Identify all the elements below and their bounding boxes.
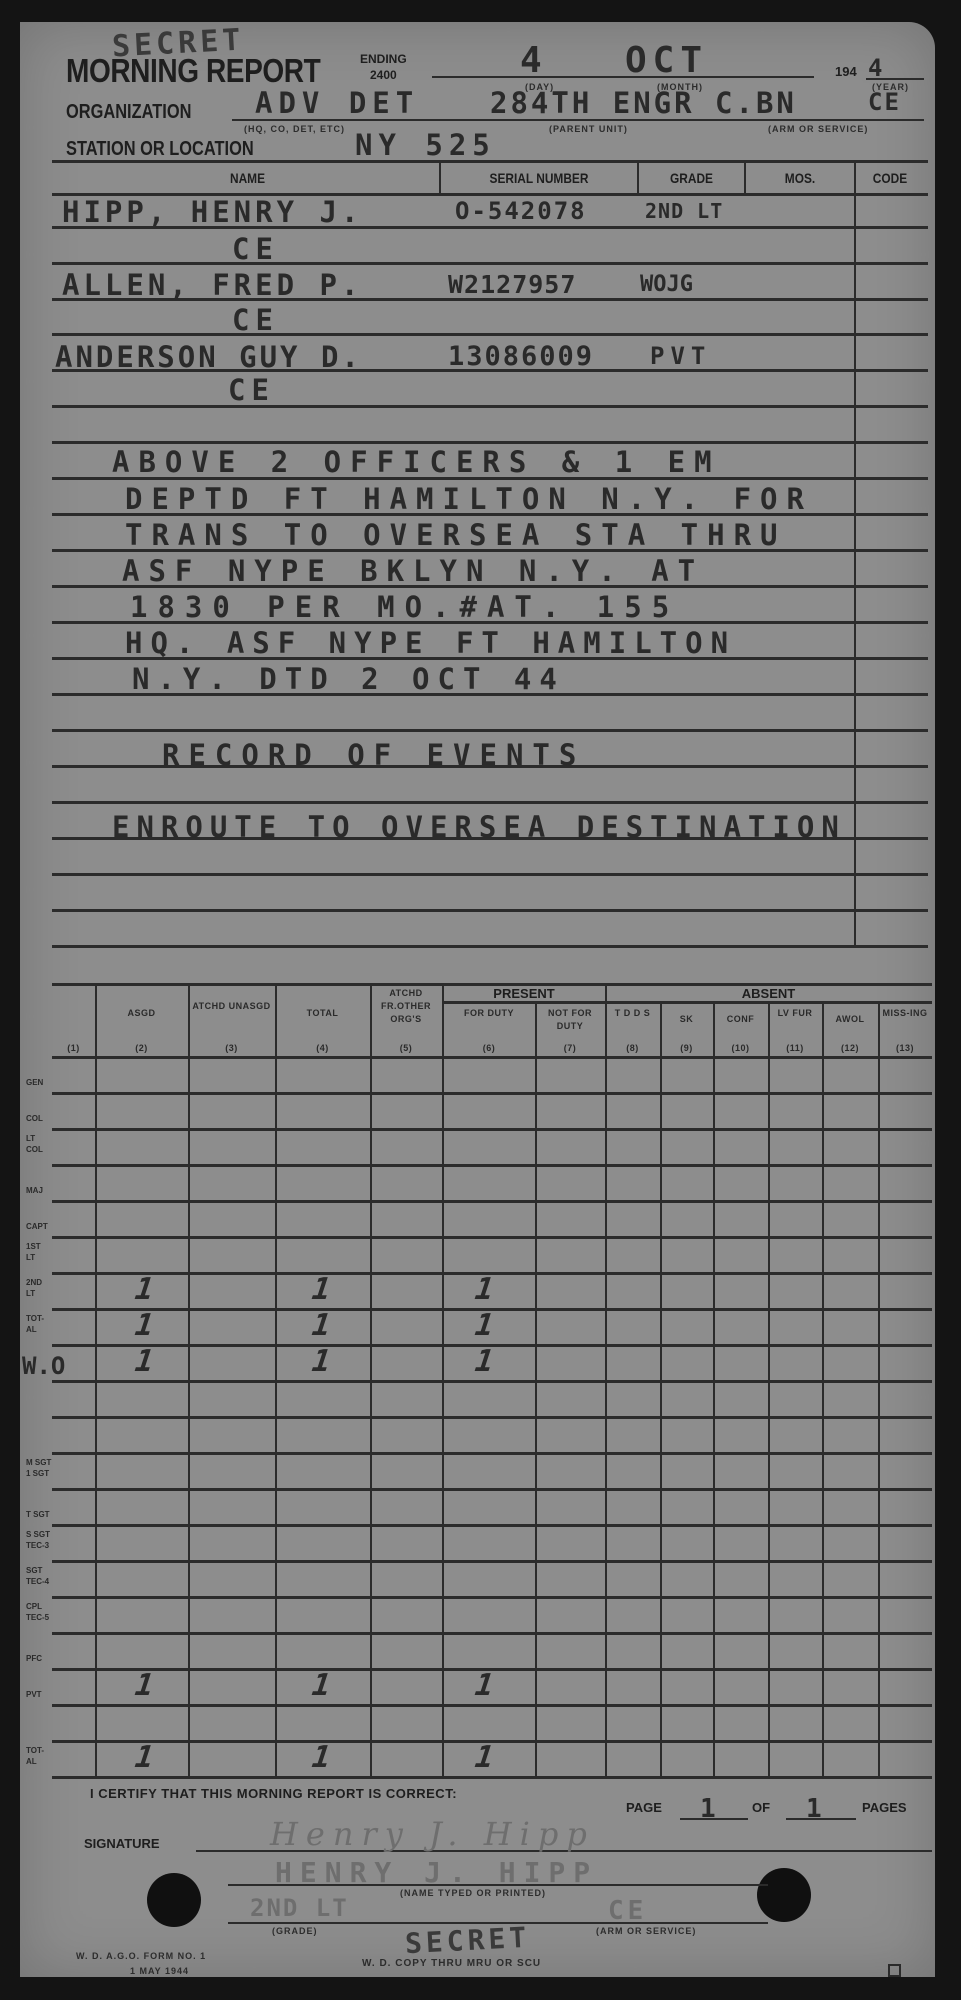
- table-col-line: [660, 1001, 662, 1776]
- col-header-awol: AWOL: [822, 1013, 878, 1026]
- row-label-capt: CAPT: [26, 1221, 66, 1232]
- arm-caption: (ARM OR SERVICE): [768, 124, 868, 134]
- roster-arm: CE: [232, 303, 279, 337]
- col-num: (6): [443, 1042, 535, 1055]
- report-month: OCT: [625, 40, 708, 81]
- remarks-line: TRANS TO OVERSEA STA THRU: [125, 518, 787, 552]
- col-num: (3): [188, 1042, 275, 1055]
- col-label: AWOL: [822, 1013, 878, 1026]
- row-label-sgt-tec4: SGT TEC-4: [26, 1565, 54, 1587]
- group-header-rule: [443, 1001, 932, 1004]
- table-header-rule: [52, 1056, 932, 1059]
- roster-grade: 2ND LT: [645, 199, 723, 223]
- page-total: 1: [806, 1794, 828, 1824]
- checkbox-corner-icon: [888, 1964, 901, 1977]
- col-label: FOR DUTY: [443, 1007, 535, 1020]
- binder-hole-left: [147, 1873, 201, 1927]
- table-row-line: [52, 1704, 932, 1707]
- col-header-for-duty: FOR DUTY: [443, 1007, 535, 1020]
- ruled-line: [52, 909, 928, 912]
- row-label-col: COL: [26, 1113, 66, 1124]
- remarks-line: N.Y. DTD 2 OCT 44: [132, 662, 565, 696]
- station-value: NY 525: [355, 128, 496, 162]
- table-row-line: [52, 1236, 932, 1239]
- unit-caption: (HQ, CO, DET, ETC): [244, 124, 345, 134]
- certification-statement: I CERTIFY THAT THIS MORNING REPORT IS CO…: [90, 1786, 457, 1801]
- col-header-conf: CONF: [713, 1013, 768, 1026]
- row-label-1st-lt: 1ST LT: [26, 1241, 48, 1263]
- col-label: ATCHD FR.OTHER ORG'S: [370, 987, 442, 1026]
- binder-hole-right: [757, 1868, 811, 1922]
- roster-serial: W2127957: [448, 270, 576, 299]
- col-header-code: CODE: [860, 170, 920, 186]
- roster-top-rule: [52, 160, 928, 163]
- of-label: OF: [752, 1800, 770, 1815]
- row-label-lt-col: LT COL: [26, 1133, 48, 1155]
- code-col-divider: [854, 160, 856, 945]
- roster-arm: CE: [232, 232, 279, 266]
- table-row-line: [52, 1092, 932, 1095]
- group-header-absent: ABSENT: [605, 986, 932, 1001]
- col-header-mos: MOS.: [753, 170, 847, 186]
- group-header-present: PRESENT: [443, 986, 605, 1001]
- col-label: T D D S: [605, 1007, 660, 1020]
- col-num: (5): [370, 1042, 442, 1055]
- row-label-total-officers: TOT-AL: [26, 1313, 52, 1335]
- col-label: NOT FOR DUTY: [535, 1007, 605, 1033]
- roster-grade: WOJG: [640, 272, 693, 297]
- remarks-line: HQ. ASF NYPE FT HAMILTON: [125, 626, 736, 660]
- roster-name: ALLEN, FRED P.: [62, 268, 362, 302]
- organization-label: ORGANIZATION: [66, 101, 191, 124]
- col-label: CONF: [713, 1013, 768, 1026]
- remarks-line: DEPTD FT HAMILTON N.Y. FOR: [125, 482, 813, 516]
- col-header-lv-fur: LV FUR: [768, 1007, 822, 1020]
- col-label: TOTAL: [275, 1007, 370, 1020]
- col-header-serial: SERIAL NUMBER: [455, 170, 623, 186]
- col-header-missing: MISS-ING: [878, 1007, 932, 1020]
- pages-label: PAGES: [862, 1800, 907, 1815]
- row-label-msgt-1sgt: M SGT 1 SGT: [26, 1457, 54, 1479]
- row-label-ssgt-tec3: S SGT TEC-3: [26, 1529, 54, 1551]
- table-col-line: [768, 1001, 770, 1776]
- ruled-line: [52, 873, 928, 876]
- row-label-gen: GEN: [26, 1077, 66, 1088]
- organization-parent: 284TH ENGR C.BN: [490, 86, 797, 120]
- table-col-line: [713, 1001, 715, 1776]
- ending-label-line1: ENDING: [360, 51, 407, 67]
- year-prefix: 194: [835, 64, 857, 79]
- col-header-atchd-unasgd: ATCHD UNASGD: [188, 1000, 275, 1013]
- signature-value: Henry J. Hipp: [270, 1815, 595, 1853]
- form-title: MORNING REPORT: [66, 52, 320, 90]
- date-underline: [432, 76, 814, 78]
- table-row-line: [52, 1452, 932, 1455]
- table-col-line: [535, 1001, 537, 1776]
- table-row-line: [52, 1200, 932, 1203]
- col-header-sk: SK: [660, 1013, 713, 1026]
- organization-unit: ADV DET: [255, 86, 419, 120]
- col-num: (11): [768, 1042, 822, 1055]
- ruled-line: [52, 801, 928, 804]
- classification-stamp-bottom: SECRET: [404, 1921, 531, 1961]
- ending-label-line2: 2400: [360, 67, 407, 83]
- remarks-line: ASF NYPE BKLYN N.Y. AT: [122, 554, 704, 588]
- remarks-line: ABOVE 2 OFFICERS & 1 EM: [112, 445, 721, 479]
- ruled-line: [52, 333, 928, 336]
- ruled-line: [52, 405, 928, 408]
- organization-arm: CE: [868, 88, 901, 116]
- col-num: (13): [878, 1042, 932, 1055]
- col-num: (2): [95, 1042, 188, 1055]
- col-num: (1): [52, 1042, 95, 1055]
- ending-label: ENDING 2400: [360, 51, 407, 83]
- col-num: (9): [660, 1042, 713, 1055]
- col-header-not-for-duty: NOT FOR DUTY: [535, 1007, 605, 1033]
- col-num: (10): [713, 1042, 768, 1055]
- signature-label: SIGNATURE: [84, 1836, 160, 1851]
- table-row-line: [52, 1164, 932, 1167]
- ruled-line: [52, 262, 928, 265]
- form-date: 1 MAY 1944: [130, 1966, 189, 1976]
- row-label-2nd-lt: 2ND LT: [26, 1277, 50, 1299]
- roster-serial: O-542078: [455, 197, 587, 225]
- col-label: ASGD: [95, 1007, 188, 1020]
- table-bottom-rule: [52, 1776, 932, 1779]
- col-num: (12): [822, 1042, 878, 1055]
- col-num: (8): [605, 1042, 660, 1055]
- record-of-events-heading: RECORD OF EVENTS: [162, 738, 585, 772]
- col-label: ATCHD UNASGD: [188, 1000, 275, 1013]
- row-label-cpl-tec5: CPL TEC-5: [26, 1601, 54, 1623]
- report-day: 4: [520, 40, 548, 81]
- copy-routing-note: W. D. COPY THRU MRU OR SCU: [362, 1958, 541, 1969]
- form-number: W. D. A.G.O. FORM NO. 1: [76, 1951, 206, 1961]
- table-row-line: [52, 1524, 932, 1527]
- printed-name-caption: (NAME TYPED OR PRINTED): [400, 1888, 546, 1898]
- remarks-line: 1830 PER MO.#AT. 155: [130, 590, 679, 624]
- row-label-total-enlisted: TOT-AL: [26, 1745, 50, 1767]
- table-col-line: [878, 1001, 880, 1776]
- row-label-wo: W.O: [22, 1352, 65, 1380]
- col-header-total: TOTAL: [275, 1007, 370, 1020]
- col-header-tdds: T D D S: [605, 1007, 660, 1020]
- ruled-line: [52, 441, 928, 444]
- roster-serial: 13086009: [448, 341, 594, 372]
- table-col-line: [822, 1001, 824, 1776]
- col-label: MISS-ING: [878, 1007, 932, 1020]
- col-header-grade: GRADE: [646, 170, 737, 186]
- table-row-line: [52, 1488, 932, 1491]
- ruled-line: [52, 729, 928, 732]
- table-row-line: [52, 1128, 932, 1131]
- page-number: 1: [700, 1794, 722, 1824]
- record-of-events-text: ENROUTE TO OVERSEA DESTINATION: [112, 810, 846, 844]
- col-divider: [744, 160, 746, 194]
- station-label: STATION OR LOCATION: [66, 138, 254, 161]
- year-underline: [866, 78, 924, 80]
- table-row-line: [52, 1416, 932, 1419]
- table-row-line: [52, 1380, 932, 1383]
- row-label-maj: MAJ: [26, 1185, 66, 1196]
- col-label: SK: [660, 1013, 713, 1026]
- table-row-line: [52, 1560, 932, 1563]
- table-row-line: [52, 1632, 932, 1635]
- printed-name-line: [228, 1884, 768, 1886]
- row-label-pvt: PVT: [26, 1689, 66, 1700]
- table-row-line: [52, 1596, 932, 1599]
- signer-grade: 2ND LT: [250, 1894, 349, 1922]
- row-label-tsgt: T SGT: [26, 1509, 66, 1520]
- col-label: LV FUR: [768, 1007, 822, 1020]
- parent-caption: (PARENT UNIT): [549, 124, 628, 134]
- roster-grade: PVT: [650, 342, 711, 370]
- col-divider: [439, 160, 441, 194]
- page-label: PAGE: [626, 1800, 662, 1815]
- col-divider: [637, 160, 639, 194]
- arm-caption: (ARM OR SERVICE): [596, 1926, 696, 1936]
- col-header-name: NAME: [84, 170, 411, 186]
- roster-name: ANDERSON GUY D.: [55, 340, 362, 374]
- col-num: (7): [535, 1042, 605, 1055]
- col-header-atchd-other: ATCHD FR.OTHER ORG'S: [370, 987, 442, 1026]
- row-label-pfc: PFC: [26, 1653, 66, 1664]
- roster-arm: CE: [228, 373, 275, 407]
- grade-caption: (GRADE): [272, 1926, 318, 1936]
- ruled-line: [52, 945, 928, 948]
- col-header-asgd: ASGD: [95, 1007, 188, 1020]
- roster-name: HIPP, HENRY J.: [62, 195, 362, 229]
- col-num: (4): [275, 1042, 370, 1055]
